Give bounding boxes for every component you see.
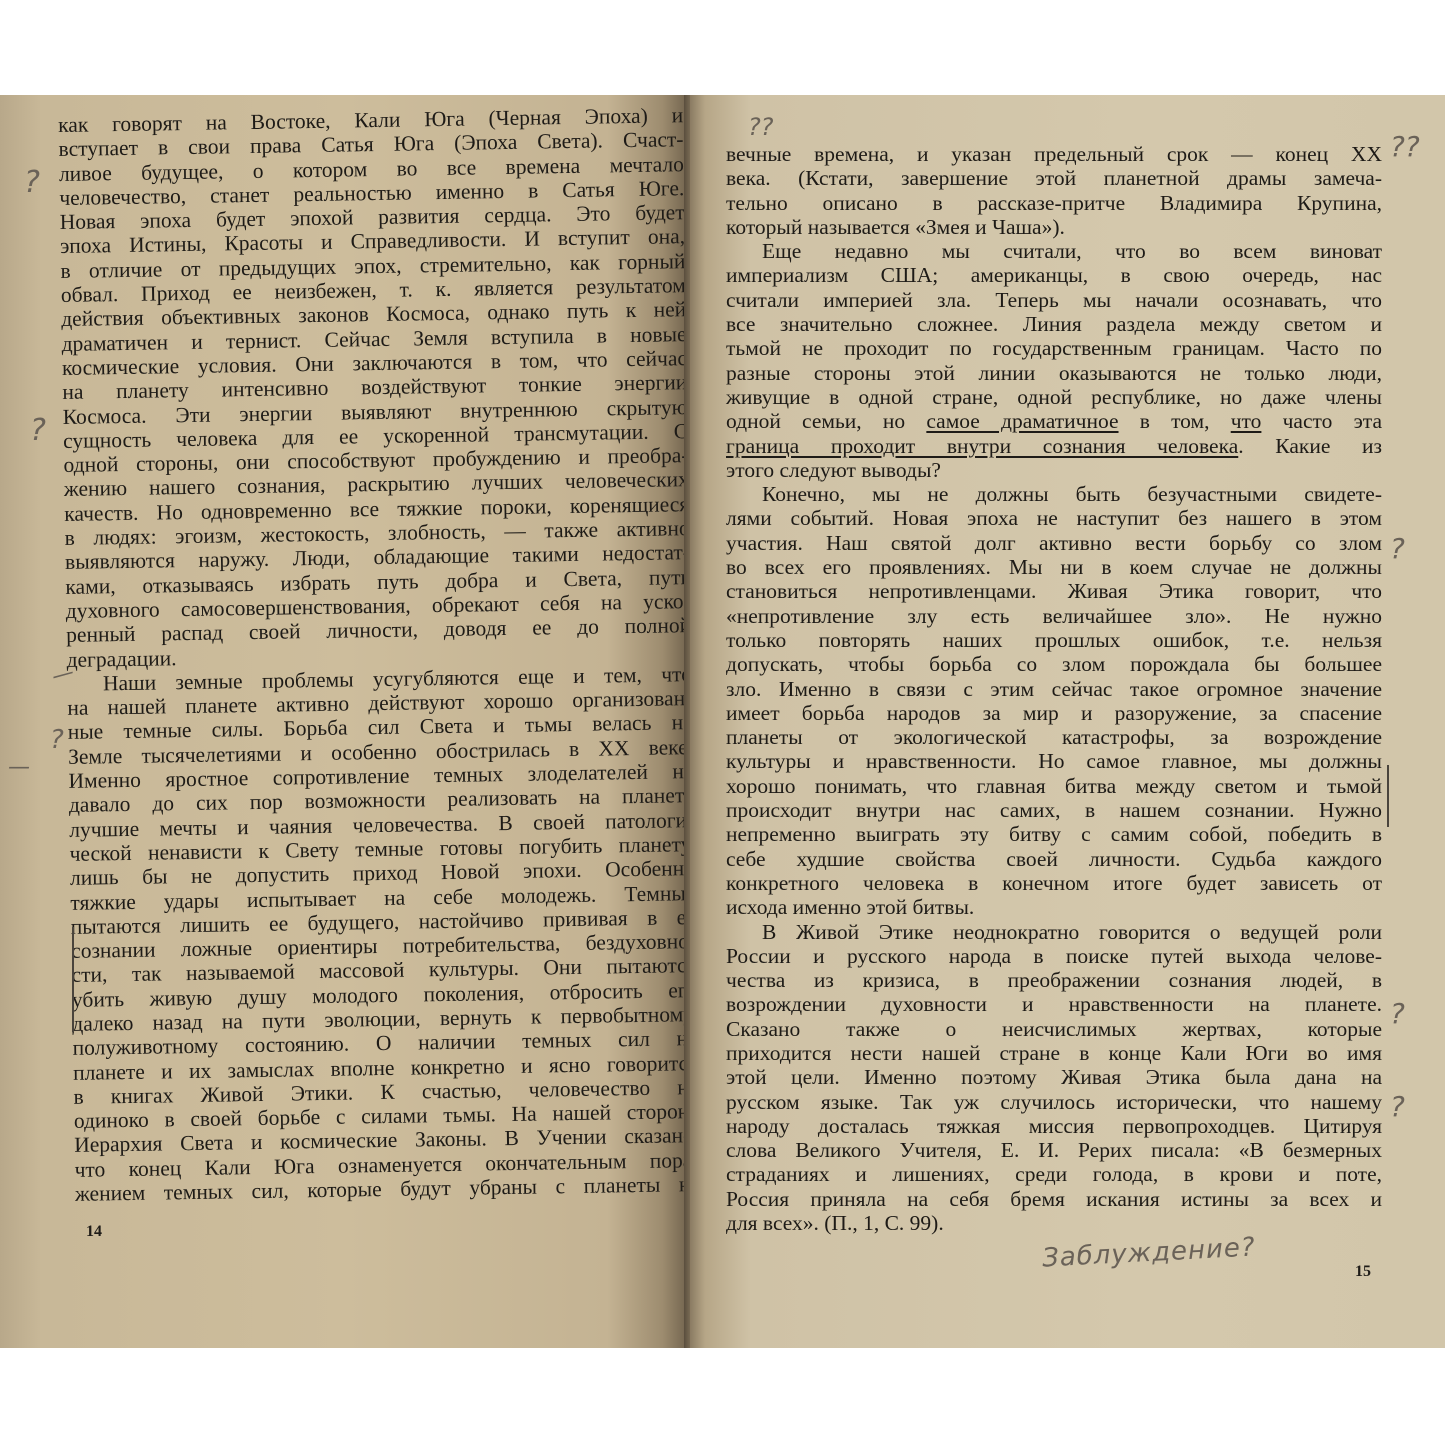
- text-line: который называется «Змея и Чаша»).: [726, 215, 1382, 239]
- open-book: как говорят на Востоке, Кали Юга (Черная…: [0, 95, 1445, 1348]
- left-page: как говорят на Востоке, Кали Юга (Черная…: [0, 95, 690, 1348]
- text-line: считали империей зла. Теперь мы начали о…: [726, 288, 1382, 312]
- text-line: России и русского народа в поиске путей …: [726, 944, 1382, 968]
- text-line: Конечно, мы не должны быть безучастными …: [726, 482, 1382, 506]
- margin-note-double-question: ??: [1390, 130, 1420, 163]
- text-line: страданиях и лишениях, среди голода, в к…: [726, 1162, 1382, 1186]
- text-line: приходится нести нашей стране в конце Ка…: [726, 1041, 1382, 1065]
- text-line: чества из кризиса, в преображении сознан…: [726, 968, 1382, 992]
- text-line: «непротивление злу есть величайшее зло».…: [726, 604, 1382, 628]
- text-line: планеты от экологической катастрофы, за …: [726, 725, 1382, 749]
- text-line: зло. Именно в связи с этим сейчас такое …: [726, 677, 1382, 701]
- text-line: только повторять наших прошлых ошибок, т…: [726, 628, 1382, 652]
- page-number-left: 14: [86, 1223, 102, 1241]
- text-line: В Живой Этике неоднократно говорится о в…: [726, 920, 1382, 944]
- text-line: Сказано также о неисчислимых жертвах, ко…: [726, 1017, 1382, 1041]
- text-line: хорошо понимать, что главная битва между…: [726, 774, 1382, 798]
- margin-note-question: ?: [30, 413, 46, 448]
- text-line: допускать, чтобы борьба со злом порождал…: [726, 652, 1382, 676]
- right-page-text: вечные времена, и указан предельный срок…: [726, 142, 1382, 1235]
- text-line: слова Великого Учителя, Е. И. Рерих писа…: [726, 1138, 1382, 1162]
- text-line: для всех». (П., 1, С. 99).: [726, 1211, 1382, 1235]
- text-line: русском языке. Так уж случилось историче…: [726, 1090, 1382, 1114]
- text-line: становиться непротивленцами. Живая Этика…: [726, 579, 1382, 603]
- text-line: народу досталась тяжкая миссия первопрох…: [726, 1114, 1382, 1138]
- text-line: империализм США; американцы, в свою очер…: [726, 263, 1382, 287]
- text-line: происходит внутри нас самих, в нашем соз…: [726, 798, 1382, 822]
- margin-note-question: ?: [50, 725, 64, 755]
- text-line: этой цели. Именно поэтому Живая Этика бы…: [726, 1065, 1382, 1089]
- margin-note-question: ?: [1390, 1090, 1405, 1123]
- margin-note-double-question: ??: [748, 113, 773, 141]
- page-number-right: 15: [1355, 1263, 1371, 1281]
- text-line: лями событий. Новая эпоха не наступит бе…: [726, 506, 1382, 530]
- text-line: живущие в одной стране, одной республике…: [726, 385, 1382, 409]
- text-line: тельно описано в рассказе-притче Владими…: [726, 191, 1382, 215]
- margin-note-question: ?: [24, 165, 40, 200]
- margin-bracket-mark: [72, 927, 74, 1032]
- text-line: разные стороны этой линии оказываются не…: [726, 361, 1382, 385]
- text-line: все значительно сложнее. Линия раздела м…: [726, 312, 1382, 336]
- text-line: Еще недавно мы считали, что во всем вино…: [726, 239, 1382, 263]
- margin-note-question: ?: [1390, 997, 1405, 1030]
- text-line: этого следуют выводы?: [726, 458, 1382, 482]
- text-line: тьмой не проходит по государственным гра…: [726, 336, 1382, 360]
- text-line: во всех его проявлениях. Мы ни в коем сл…: [726, 555, 1382, 579]
- text-line: вечные времена, и указан предельный срок…: [726, 142, 1382, 166]
- text-line: исхода именно этой битвы.: [726, 895, 1382, 919]
- text-line: участия. Наш святой долг активно вести б…: [726, 531, 1382, 555]
- text-line: имеет борьба народов за мир и разоружени…: [726, 701, 1382, 725]
- handwritten-note: Заблуждение?: [1041, 1232, 1256, 1273]
- margin-note-question: ?: [1390, 532, 1405, 565]
- right-page: вечные времена, и указан предельный срок…: [690, 95, 1445, 1348]
- text-line: себе худшие свойства своей личности. Суд…: [726, 847, 1382, 871]
- text-line: возрождении духовности и нравственности …: [726, 992, 1382, 1016]
- margin-tick-mark: —: [8, 755, 30, 780]
- left-page-text: как говорят на Востоке, Кали Юга (Черная…: [58, 103, 700, 1206]
- text-line: культуры и нравственности. Но самое глав…: [726, 749, 1382, 773]
- text-line: непременно выиграть эту битву с самим со…: [726, 822, 1382, 846]
- text-line: Россия приняла на себя бремя искания ист…: [726, 1187, 1382, 1211]
- margin-vertical-mark: [1387, 765, 1389, 827]
- text-line: конкретного человека в конечном итоге бу…: [726, 871, 1382, 895]
- text-line: одной семьи, но самое драматичное в том,…: [726, 409, 1382, 433]
- text-line: века. (Кстати, завершение этой планетной…: [726, 166, 1382, 190]
- text-line: граница проходит внутри сознания человек…: [726, 434, 1382, 458]
